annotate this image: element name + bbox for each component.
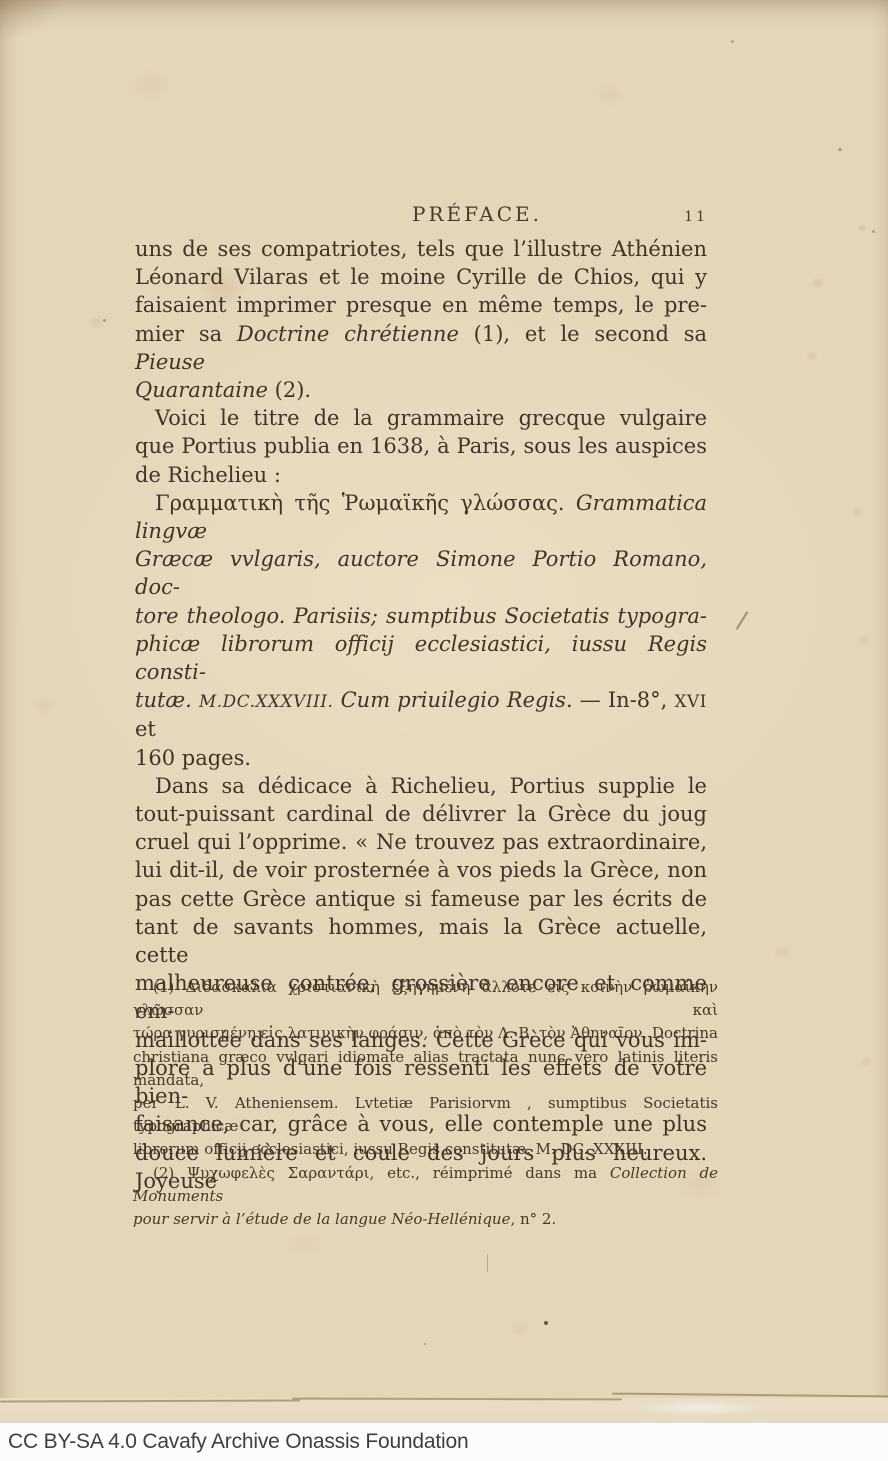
text-line: mier sa Doctrine chrétienne (1), et le s… [135, 320, 707, 376]
scratch-mark [736, 611, 749, 630]
text-line: Γραμματικὴ τῆς Ῥωμαϊκῆς γλώσσας. Grammat… [135, 489, 707, 545]
ink-speck [838, 148, 842, 151]
footnotes: (1) Διδασκαλία χριστιανικὴ ἐξηγημένη ἄλλ… [133, 976, 718, 1231]
text-line: lui dit-il, de voir prosternée à vos pie… [135, 856, 707, 884]
ink-speck [103, 319, 106, 322]
text-line: pas cette Grèce antique si fameuse par l… [135, 885, 707, 913]
text-line: christiana græco vvlgari idiomate alias … [133, 1046, 718, 1092]
text-line: per L. V. Atheniensem. Lvtetiæ Parisiorv… [133, 1092, 718, 1138]
scanned-book-page: PRÉFACE. 11 uns de ses compatriotes, tel… [0, 0, 888, 1461]
text-line: pour servir à l’étude de la langue Néo-H… [133, 1208, 718, 1231]
attribution-bar: CC BY-SA 4.0 Cavafy Archive Onassis Foun… [0, 1423, 888, 1461]
text-line: τώρα γυρισμένη εἰς λατινικὴν φράσιν, ἀπὸ… [133, 1022, 718, 1045]
paper-crease [487, 1254, 488, 1272]
paragraph: (1) Διδασκαλία χριστιανικὴ ἐξηγημένη ἄλλ… [133, 976, 718, 1162]
text-line: cruel qui l’opprime. « Ne trouvez pas ex… [135, 828, 707, 856]
license-text: CC BY-SA 4.0 Cavafy Archive Onassis Foun… [8, 1430, 468, 1454]
text-line: (1) Διδασκαλία χριστιανικὴ ἐξηγημένη ἄλλ… [133, 976, 718, 1022]
running-head-title: PRÉFACE. [412, 202, 542, 226]
text-line: uns de ses compatriotes, tels que l’illu… [135, 235, 707, 263]
page-number: 11 [672, 209, 708, 225]
paragraph: Γραμματικὴ τῆς Ῥωμαϊκῆς γλώσσας. Grammat… [135, 489, 707, 772]
text-line: tore theologo. Parisiis; sumptibus Socie… [135, 602, 707, 630]
text-line: Græcæ vvlgaris, auctore Simone Portio Ro… [135, 545, 707, 601]
tear-line [612, 1393, 888, 1398]
book-page-paper: PRÉFACE. 11 uns de ses compatriotes, tel… [0, 0, 888, 1423]
text-line: faisaient imprimer presque en même temps… [135, 291, 707, 319]
text-line: 160 pages. [135, 744, 707, 772]
text-line: Voici le titre de la grammaire grecque v… [135, 404, 707, 432]
paragraph: (2) Ψυχωφελὲς Σαραντάρι, etc., réimprimé… [133, 1162, 718, 1232]
text-line: tant de savants hommes, mais la Grèce ac… [135, 913, 707, 969]
ink-speck [731, 40, 734, 43]
paragraph: uns de ses compatriotes, tels que l’illu… [135, 235, 707, 404]
ink-speck [872, 230, 875, 233]
text-line: de Richelieu : [135, 461, 707, 489]
ink-speck [544, 1321, 548, 1325]
text-line: librorum officij ecclesiastici, iussu Re… [133, 1138, 718, 1161]
text-line: (2) Ψυχωφελὲς Σαραντάρι, etc., réimprimé… [133, 1162, 718, 1208]
ink-speck [424, 1343, 426, 1345]
paragraph: Voici le titre de la grammaire grecque v… [135, 404, 707, 489]
text-line: tout-puissant cardinal de délivrer la Gr… [135, 800, 707, 828]
text-line: tutæ. M.DC.XXXVIII. Cum priuilegio Regis… [135, 686, 707, 743]
text-line: que Portius publia en 1638, à Paris, sou… [135, 432, 707, 460]
text-line: Dans sa dédicace à Richelieu, Portius su… [135, 772, 707, 800]
text-line: phicæ librorum officij ecclesiastici, iu… [135, 630, 707, 686]
text-line: Quarantaine (2). [135, 376, 707, 404]
text-line: Léonard Vilaras et le moine Cyrille de C… [135, 263, 707, 291]
